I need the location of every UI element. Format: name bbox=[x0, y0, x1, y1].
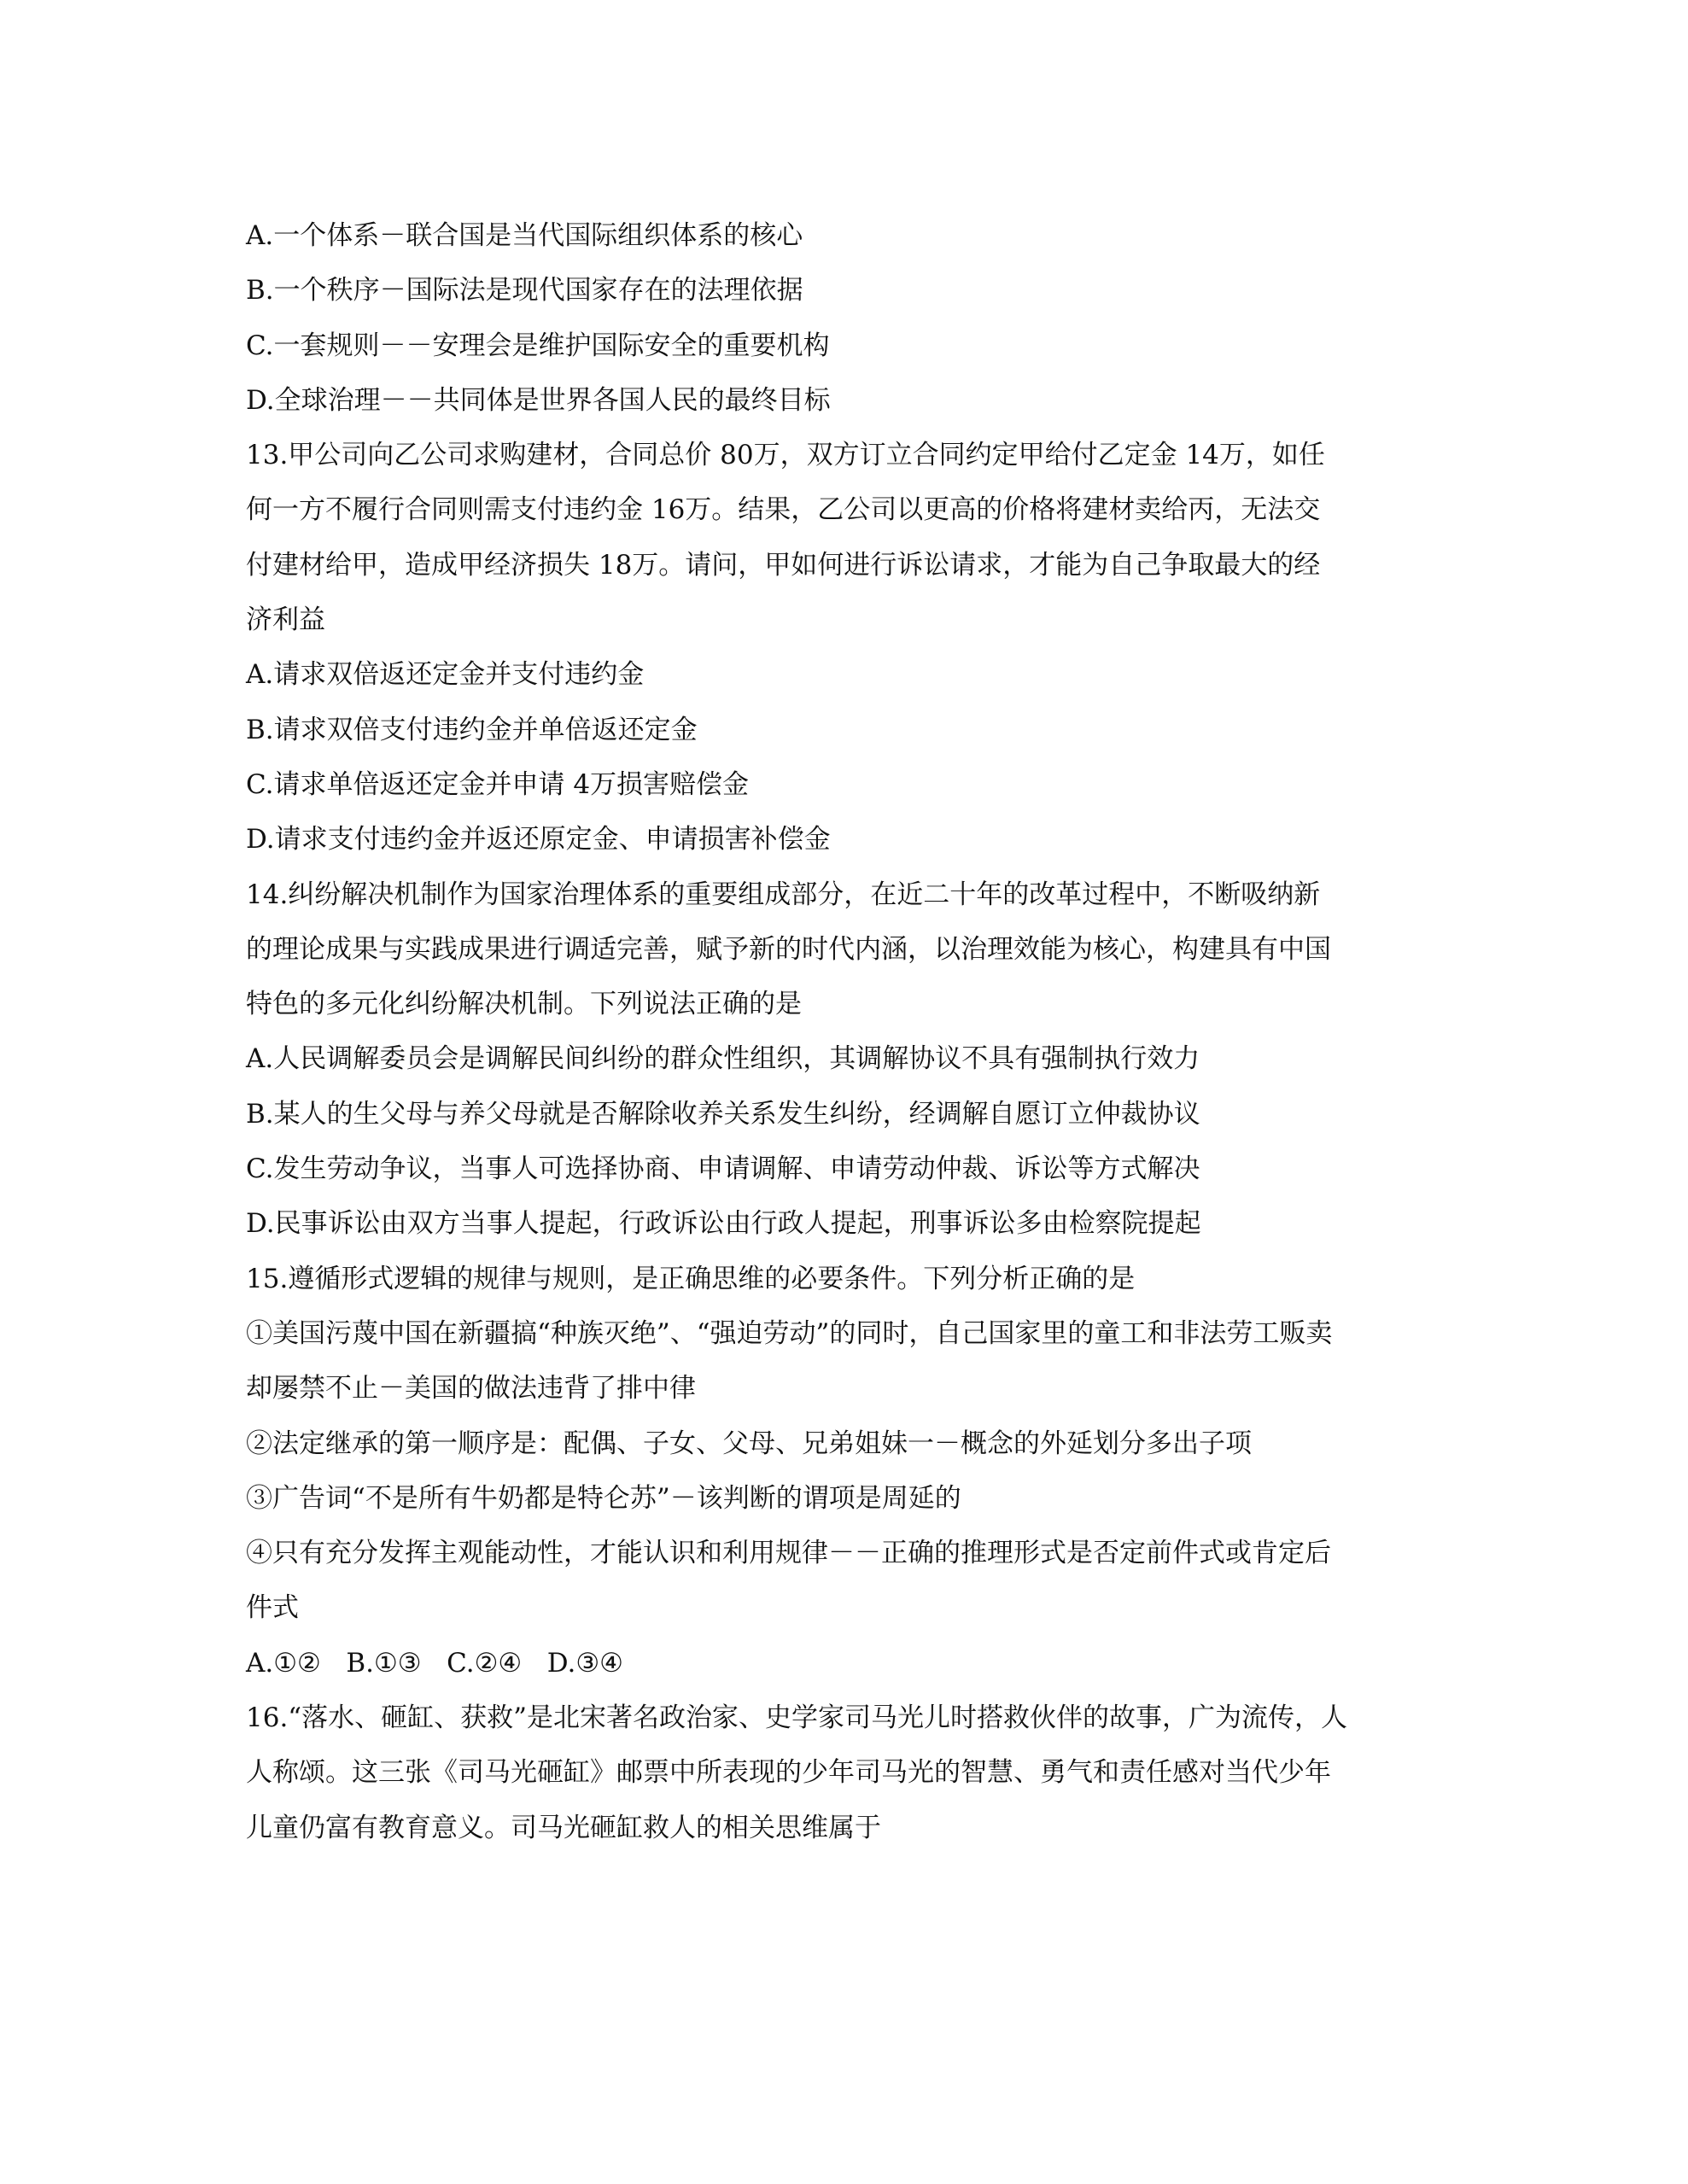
question-stem-line: 特色的多元化纠纷解决机制。下列说法正确的是 bbox=[246, 977, 1433, 1031]
option-a: A.请求双倍返还定金并支付违约金 bbox=[246, 647, 1433, 702]
statement-line: ②法定继承的第一顺序是：配偶、子女、父母、兄弟姐妹一－概念的外延划分多出子项 bbox=[246, 1416, 1433, 1471]
option-b: B.某人的生父母与养父母就是否解除收养关系发生纠纷，经调解自愿订立仲裁协议 bbox=[246, 1087, 1433, 1142]
question-stem-line: 付建材给甲，造成甲经济损失 18万。请问，甲如何进行诉讼请求，才能为自己争取最大… bbox=[246, 538, 1433, 593]
question-stem-line: 济利益 bbox=[246, 593, 1433, 647]
question-15: 15.遵循形式逻辑的规律与规则，是正确思维的必要条件。下列分析正确的是 ①美国污… bbox=[246, 1252, 1433, 1691]
option-c: C.一套规则－－安理会是维护国际安全的重要机构 bbox=[246, 318, 1433, 373]
statement-line: ④只有充分发挥主观能动性，才能认识和利用规律－－正确的推理形式是否定前件式或肯定… bbox=[246, 1526, 1433, 1580]
option-d: D.民事诉讼由双方当事人提起，行政诉讼由行政人提起，刑事诉讼多由检察院提起 bbox=[246, 1196, 1433, 1251]
question-stem-line: 13.甲公司向乙公司求购建材，合同总价 80万，双方订立合同约定甲给付乙定金 1… bbox=[246, 428, 1433, 482]
answer-options: A.①② B.①③ C.②④ D.③④ bbox=[246, 1636, 1433, 1691]
question-stem-line: 何一方不履行合同则需支付违约金 16万。结果，乙公司以更高的价格将建材卖给丙，无… bbox=[246, 482, 1433, 537]
statement-line: 件式 bbox=[246, 1580, 1433, 1635]
option-b: B.请求双倍支付违约金并单倍返还定金 bbox=[246, 703, 1433, 757]
question-stem-line: 的理论成果与实践成果进行调适完善，赋予新的时代内涵，以治理效能为核心，构建具有中… bbox=[246, 922, 1433, 977]
option-c: C.发生劳动争议，当事人可选择协商、申请调解、申请劳动仲裁、诉讼等方式解决 bbox=[246, 1142, 1433, 1196]
statement-line: 却屡禁不止－美国的做法违背了排中律 bbox=[246, 1361, 1433, 1416]
exam-page: A.一个体系－联合国是当代国际组织体系的核心 B.一个秩序－国际法是现代国家存在… bbox=[246, 208, 1433, 1855]
question-stem-line: 16.“落水、砸缸、获救”是北宋著名政治家、史学家司马光儿时搭救伙伴的故事，广为… bbox=[246, 1691, 1433, 1745]
statement-line: ③广告词“不是所有牛奶都是特仑苏”－该判断的谓项是周延的 bbox=[246, 1471, 1433, 1526]
question-13: 13.甲公司向乙公司求购建材，合同总价 80万，双方订立合同约定甲给付乙定金 1… bbox=[246, 428, 1433, 867]
question-12-options: A.一个体系－联合国是当代国际组织体系的核心 B.一个秩序－国际法是现代国家存在… bbox=[246, 208, 1433, 428]
option-d: D.请求支付违约金并返还原定金、申请损害补偿金 bbox=[246, 812, 1433, 867]
option-a: A.一个体系－联合国是当代国际组织体系的核心 bbox=[246, 208, 1433, 263]
statement-line: ①美国污蔑中国在新疆搞“种族灭绝”、“强迫劳动”的同时，自己国家里的童工和非法劳… bbox=[246, 1306, 1433, 1361]
option-a: A.人民调解委员会是调解民间纠纷的群众性组织，其调解协议不具有强制执行效力 bbox=[246, 1031, 1433, 1086]
question-14: 14.纠纷解决机制作为国家治理体系的重要组成部分，在近二十年的改革过程中，不断吸… bbox=[246, 867, 1433, 1252]
question-stem-line: 14.纠纷解决机制作为国家治理体系的重要组成部分，在近二十年的改革过程中，不断吸… bbox=[246, 867, 1433, 922]
question-stem-line: 儿童仍富有教育意义。司马光砸缸救人的相关思维属于 bbox=[246, 1801, 1433, 1855]
question-stem-line: 人称颂。这三张《司马光砸缸》邮票中所表现的少年司马光的智慧、勇气和责任感对当代少… bbox=[246, 1745, 1433, 1800]
option-b: B.一个秩序－国际法是现代国家存在的法理依据 bbox=[246, 263, 1433, 318]
option-d: D.全球治理－－共同体是世界各国人民的最终目标 bbox=[246, 373, 1433, 428]
question-16: 16.“落水、砸缸、获救”是北宋著名政治家、史学家司马光儿时搭救伙伴的故事，广为… bbox=[246, 1691, 1433, 1855]
question-stem-line: 15.遵循形式逻辑的规律与规则，是正确思维的必要条件。下列分析正确的是 bbox=[246, 1252, 1433, 1306]
option-c: C.请求单倍返还定金并申请 4万损害赔偿金 bbox=[246, 757, 1433, 812]
